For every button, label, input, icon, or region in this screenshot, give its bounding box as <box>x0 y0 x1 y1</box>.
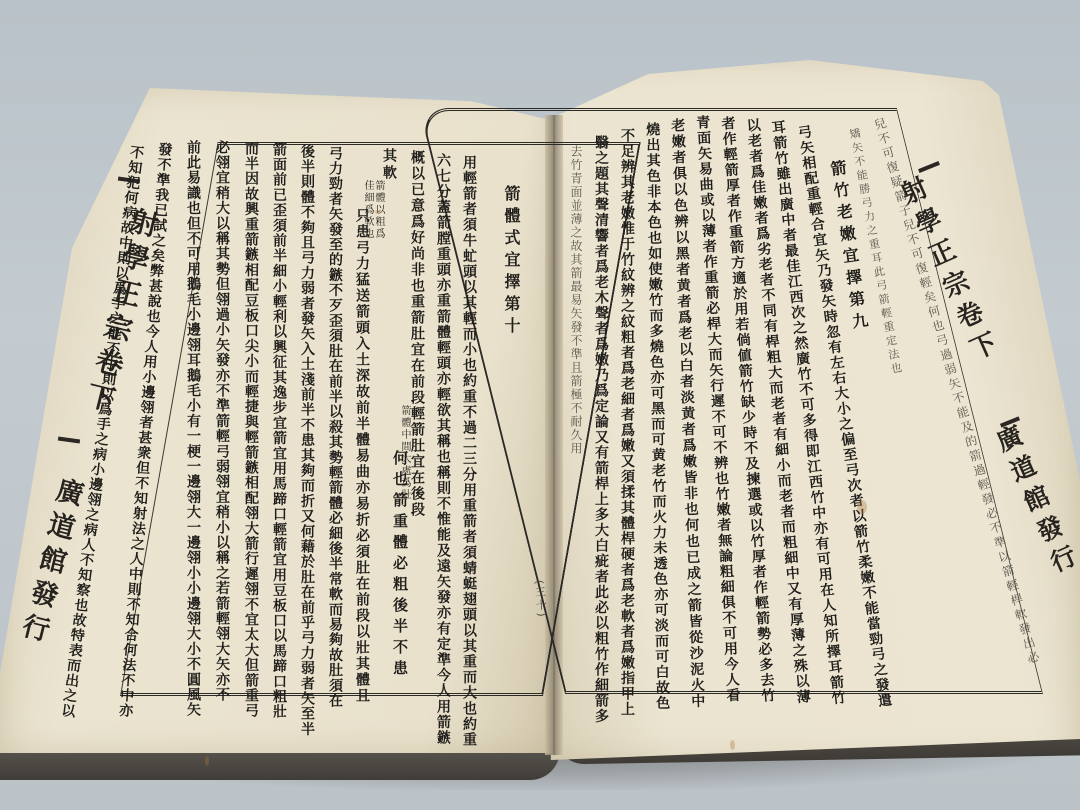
paper-stain <box>857 500 867 514</box>
right-text-column: 去竹青面並薄之故其箭最易矢發不準且箭極不耐久用 <box>570 145 582 456</box>
left-text-column: 概以已意爲好尚非也重箭肚宜在前段輕箭肚宜在後段 <box>410 150 424 518</box>
left-text-column: 何也箭重體必粗後半不患 <box>392 450 407 681</box>
left-text-column: 後半則體不夠且弓力弱者發矢入土淺前半不患其夠而折又何藉於肚在前乎弓力弱者矢至半 <box>300 144 314 737</box>
left-text-column: 前此易識也但不可用鵝毛小邊翎耳鵝毛小有一梗一邊翎大一邊翎小小邊翎大小不圓風矢 <box>186 140 200 718</box>
left-text-column: 用輕箭者須牛虻頭以其輕而小也約重不過二三分用重箭者須蜻蜓翅頭以其重而大也約重 <box>462 155 476 748</box>
left-text-column: 弓力勁者矢發至的鏃不歹歪須肚在前半以殺其勢輕箭體必細後半常軟而易夠故肚須在 <box>328 146 342 708</box>
paper-stain <box>375 210 381 214</box>
left-text-column: 而半因故興重箭鏃相配豆板口尖小而輕捷與輕箭鏃相配翎大箭行遲翎不宜太大但箭重弓 <box>244 141 258 719</box>
right-text-column: 翳之題其聲清響者爲老木聲者爲嫩乃爲定論又有箭桿上多大白疵者此必以粗竹作細箭多 <box>594 135 608 724</box>
paper-stain <box>205 756 209 766</box>
left-text-column: 箭面前已歪須前半細小輕利以興征其逸步宜箭宜用馬蹄口輕箭宜用豆板口以馬蹄口粗壯 <box>272 142 286 720</box>
left-page-heading: 箭體式宜擇第十 <box>503 185 519 339</box>
paper-stain <box>730 740 735 750</box>
left-text-column: 只患弓力猛送箭頭入土深故前半體易曲亦易折必須肚在前段以壯其體且 <box>355 208 369 704</box>
page-number: (三十) <box>531 579 550 619</box>
left-text-column: 必翎宜稍大以稱其勢但翎過小矢發亦不準箭輕弓弱翎宜稍小以稱之若箭輕翎大矢亦不 <box>215 140 229 702</box>
left-text-column: 其軟 <box>382 148 396 182</box>
right-text-column: 不足辨其老嫩惟于竹紋辨之紋粗者爲老細者爲嫩又須揉其體桿硬者爲老軟者爲嫩指甲上 <box>620 128 634 717</box>
left-text-column: 六七分蓋箭膛重頭亦重箭體輕頭亦輕欲其稱也稱則不惟能及遠矢發亦有定準今人用箭鏃 <box>436 153 450 746</box>
photo-scene: 射學正宗卷下 廣道館發行 射學正宗卷下 廣道館發行 (三十) 箭體式宜擇第十 用… <box>0 0 1080 810</box>
